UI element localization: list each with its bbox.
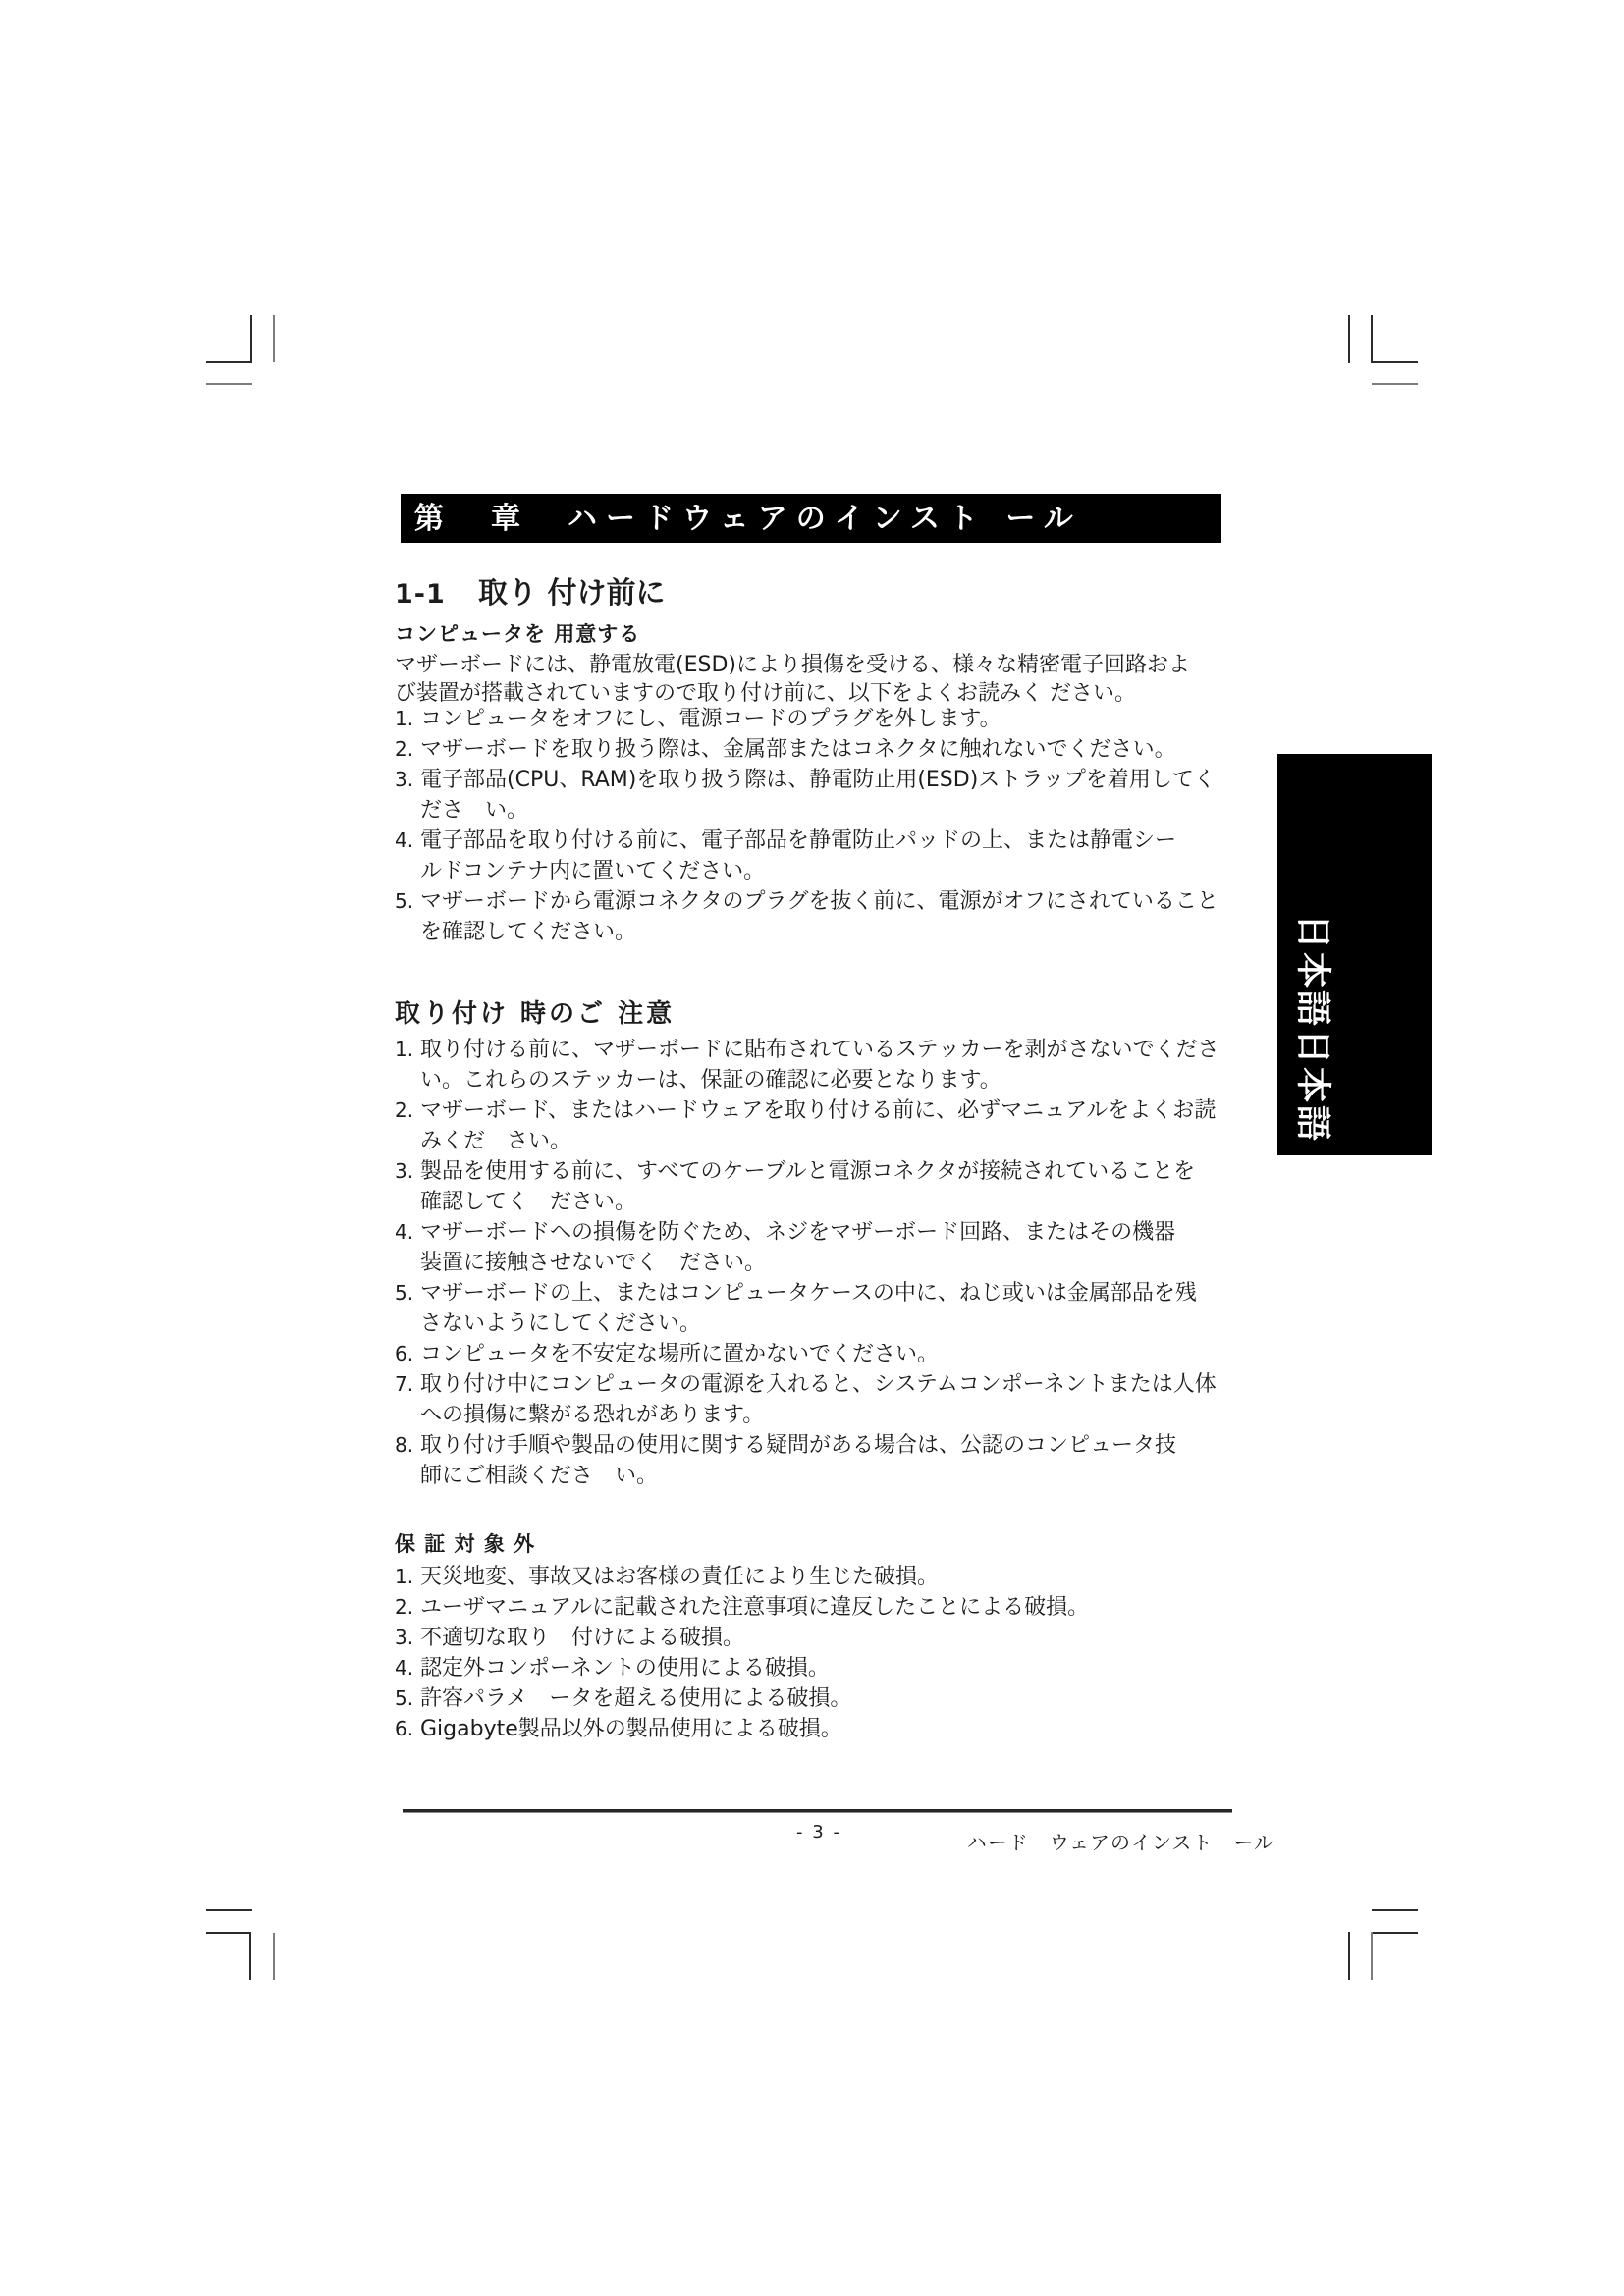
list-item-text: Gigabyte製品以外の製品使用による破損。 bbox=[420, 1714, 842, 1744]
crop-mark bbox=[1371, 1932, 1373, 1980]
list-item-text: 取り付ける前に、マザーボードに貼布されているステッカーを剥がさないでください。こ… bbox=[420, 1035, 1219, 1095]
list-item: 4. マザーボードへの損傷を防ぐため、ネジをマザーボード回路、またはその機器装置… bbox=[395, 1217, 1219, 1278]
page-number: - 3 - bbox=[770, 1822, 868, 1842]
list-item-text: マザーボードから電源コネクタのプラグを抜く前に、電源がオフにされていることを確認… bbox=[420, 886, 1218, 947]
list-item-text: マザーボードを取り扱う際は、金属部またはコネクタに触れないでください。 bbox=[420, 734, 1176, 765]
intro-paragraph: マザーボードには、静電放電(ESD)により損傷を受ける、様々な精密電子回路および… bbox=[395, 651, 1190, 708]
text-line: マザーボードの上、またはコンピュータケースの中に、ねじ或いは金属部品を残 bbox=[420, 1278, 1197, 1308]
list-item: 5. 許容パラメ ータを超える使用による破損。 bbox=[395, 1683, 1089, 1714]
caution-heading: 取り付け 時のご 注意 bbox=[395, 993, 675, 1030]
text-line: 製品を使用する前に、すべてのケーブルと電源コネクタが接続されていることを bbox=[420, 1156, 1195, 1187]
text-line: 取り付ける前に、マザーボードに貼布されているステッカーを剥がさないでくださ bbox=[420, 1035, 1219, 1065]
list-item-text: コンピュータを不安定な場所に置かないでください。 bbox=[420, 1339, 939, 1369]
list-item-text: 許容パラメ ータを超える使用による破損。 bbox=[420, 1683, 851, 1714]
crop-mark bbox=[206, 1932, 251, 1934]
text-line: マザーボードには、静電放電(ESD)により損傷を受ける、様々な精密電子回路およ bbox=[395, 651, 1190, 679]
crop-mark bbox=[1348, 1932, 1350, 1980]
section-number: 1-1 bbox=[395, 579, 478, 610]
list-item: 2. マザーボード、またはハードウェアを取り付ける前に、必ずマニュアルをよくお読… bbox=[395, 1095, 1219, 1156]
language-side-tab: 日本語日本語 bbox=[1277, 754, 1432, 1155]
list-item-number: 2. bbox=[395, 1095, 420, 1126]
text-line: ださ い。 bbox=[420, 795, 1216, 826]
text-line: 許容パラメ ータを超える使用による破損。 bbox=[420, 1683, 851, 1714]
section-title: 取り 付け前に bbox=[478, 576, 665, 611]
manual-page: 第 章 ハードウェアのインスト ール 1-1取り 付け前に コンピュータを 用意… bbox=[0, 0, 1624, 2296]
list-item-number: 8. bbox=[395, 1430, 420, 1461]
list-item-number: 6. bbox=[395, 1714, 420, 1744]
list-item-number: 3. bbox=[395, 1156, 420, 1187]
list-item-number: 1. bbox=[395, 1562, 420, 1592]
list-item: 4. 認定外コンポーネントの使用による破損。 bbox=[395, 1653, 1089, 1683]
text-line: 電子部品を取り付ける前に、電子部品を静電防止パッドの上、または静電シー bbox=[420, 826, 1176, 856]
list-item: 7. 取り付け中にコンピュータの電源を入れると、システムコンポーネントまたは人体… bbox=[395, 1369, 1219, 1430]
list-item-number: 6. bbox=[395, 1339, 420, 1369]
warranty-heading: 保 証 対 象 外 bbox=[395, 1528, 535, 1558]
footer-rule bbox=[403, 1809, 1232, 1813]
list-item: 3. 製品を使用する前に、すべてのケーブルと電源コネクタが接続されていることを確… bbox=[395, 1156, 1219, 1217]
chapter-title: 第 章 ハードウェアのインスト ール bbox=[414, 502, 1082, 536]
text-line: さないようにしてください。 bbox=[420, 1308, 1197, 1339]
list-item-number: 4. bbox=[395, 1217, 420, 1248]
text-line: 天災地変、事故又はお客様の責任により生じた破損。 bbox=[420, 1562, 939, 1592]
crop-mark bbox=[273, 315, 275, 362]
text-line: への損傷に繋がる恐れがあります。 bbox=[420, 1400, 1217, 1430]
text-line: 取り付け手順や製品の使用に関する疑問がある場合は、公認のコンピュータ技 bbox=[420, 1430, 1176, 1461]
list-item: 5. マザーボードの上、またはコンピュータケースの中に、ねじ或いは金属部品を残さ… bbox=[395, 1278, 1219, 1339]
list-item-number: 3. bbox=[395, 1623, 420, 1653]
crop-mark bbox=[250, 315, 252, 363]
warranty-list: 1. 天災地変、事故又はお客様の責任により生じた破損。 2. ユーザマニュアルに… bbox=[395, 1562, 1089, 1744]
list-item-text: 製品を使用する前に、すべてのケーブルと電源コネクタが接続されていることを確認して… bbox=[420, 1156, 1195, 1217]
text-line: Gigabyte製品以外の製品使用による破損。 bbox=[420, 1714, 842, 1744]
list-item: 6. Gigabyte製品以外の製品使用による破損。 bbox=[395, 1714, 1089, 1744]
text-line: マザーボードを取り扱う際は、金属部またはコネクタに触れないでください。 bbox=[420, 734, 1176, 765]
list-item: 5. マザーボードから電源コネクタのプラグを抜く前に、電源がオフにされていること… bbox=[395, 886, 1218, 947]
list-item-number: 1. bbox=[395, 1035, 420, 1065]
text-line: 装置に接触させないでく ださい。 bbox=[420, 1248, 1175, 1278]
list-item-text: 取り付け手順や製品の使用に関する疑問がある場合は、公認のコンピュータ技師にご相談… bbox=[420, 1430, 1176, 1491]
list-item-number: 5. bbox=[395, 1278, 420, 1308]
list-item-number: 7. bbox=[395, 1369, 420, 1400]
text-line: コンピュータをオフにし、電源コードのプラグを外します。 bbox=[420, 704, 1001, 734]
text-line: 不適切な取り 付けによる破損。 bbox=[420, 1623, 744, 1653]
list-item-number: 4. bbox=[395, 1653, 420, 1683]
text-line: を確認してください。 bbox=[420, 917, 1218, 947]
list-item-text: マザーボード、またはハードウェアを取り付ける前に、必ずマニュアルをよくお読みくだ… bbox=[420, 1095, 1216, 1156]
list-item-number: 1. bbox=[395, 704, 420, 734]
text-line: みくだ さい。 bbox=[420, 1126, 1216, 1156]
language-tab-text: 日本語日本語 bbox=[1291, 914, 1341, 1144]
list-item-text: 電子部品を取り付ける前に、電子部品を静電防止パッドの上、または静電シールドコンテ… bbox=[420, 826, 1176, 886]
list-item: 3. 不適切な取り 付けによる破損。 bbox=[395, 1623, 1089, 1653]
crop-mark bbox=[1371, 315, 1373, 363]
text-line: ルドコンテナ内に置いてください。 bbox=[420, 856, 1176, 886]
text-line: 認定外コンポーネントの使用による破損。 bbox=[420, 1653, 830, 1683]
text-line: 取り付け中にコンピュータの電源を入れると、システムコンポーネントまたは人体 bbox=[420, 1369, 1217, 1400]
list-item-number: 5. bbox=[395, 1683, 420, 1714]
list-item-number: 2. bbox=[395, 1592, 420, 1623]
crop-mark bbox=[206, 361, 252, 363]
crop-mark bbox=[1372, 383, 1418, 385]
text-line: 確認してく ださい。 bbox=[420, 1187, 1195, 1217]
list-item: 2. ユーザマニュアルに記載された注意事項に違反したことによる破損。 bbox=[395, 1592, 1089, 1623]
chapter-title-bar: 第 章 ハードウェアのインスト ール bbox=[401, 494, 1221, 543]
list-item-number: 4. bbox=[395, 826, 420, 856]
list-item-text: 天災地変、事故又はお客様の責任により生じた破損。 bbox=[420, 1562, 939, 1592]
text-line: マザーボード、またはハードウェアを取り付ける前に、必ずマニュアルをよくお読 bbox=[420, 1095, 1216, 1126]
list-item-text: 電子部品(CPU、RAM)を取り扱う際は、静電防止用(ESD)ストラップを着用し… bbox=[420, 765, 1216, 826]
list-item: 1. 取り付ける前に、マザーボードに貼布されているステッカーを剥がさないでくださ… bbox=[395, 1035, 1219, 1095]
list-item-text: マザーボードへの損傷を防ぐため、ネジをマザーボード回路、またはその機器装置に接触… bbox=[420, 1217, 1175, 1278]
crop-mark bbox=[1371, 1932, 1418, 1934]
crop-mark bbox=[1371, 361, 1418, 363]
crop-mark bbox=[1372, 1909, 1418, 1911]
text-line: い。これらのステッカーは、保証の確認に必要となります。 bbox=[420, 1065, 1219, 1095]
text-line: マザーボードから電源コネクタのプラグを抜く前に、電源がオフにされていること bbox=[420, 886, 1218, 917]
section-heading: 1-1取り 付け前に bbox=[395, 568, 665, 612]
list-item-number: 5. bbox=[395, 886, 420, 917]
list-item-number: 2. bbox=[395, 734, 420, 765]
list-item: 6. コンピュータを不安定な場所に置かないでください。 bbox=[395, 1339, 1219, 1369]
text-line: 電子部品(CPU、RAM)を取り扱う際は、静電防止用(ESD)ストラップを着用し… bbox=[420, 765, 1216, 795]
prepare-list: 1. コンピュータをオフにし、電源コードのプラグを外します。 2. マザーボード… bbox=[395, 704, 1218, 947]
list-item-text: コンピュータをオフにし、電源コードのプラグを外します。 bbox=[420, 704, 1001, 734]
list-item-text: 認定外コンポーネントの使用による破損。 bbox=[420, 1653, 830, 1683]
caution-list: 1. 取り付ける前に、マザーボードに貼布されているステッカーを剥がさないでくださ… bbox=[395, 1035, 1219, 1491]
crop-mark bbox=[206, 1909, 252, 1911]
text-line: コンピュータを不安定な場所に置かないでください。 bbox=[420, 1339, 939, 1369]
list-item: 4. 電子部品を取り付ける前に、電子部品を静電防止パッドの上、または静電シールド… bbox=[395, 826, 1218, 886]
text-line: 師にご相談くださ い。 bbox=[420, 1461, 1176, 1491]
footer-chapter-label: ハード ウェアのインスト ール bbox=[967, 1827, 1274, 1855]
list-item: 2. マザーボードを取り扱う際は、金属部またはコネクタに触れないでください。 bbox=[395, 734, 1218, 765]
list-item-number: 3. bbox=[395, 765, 420, 795]
list-item-text: マザーボードの上、またはコンピュータケースの中に、ねじ或いは金属部品を残さないよ… bbox=[420, 1278, 1197, 1339]
list-item: 1. コンピュータをオフにし、電源コードのプラグを外します。 bbox=[395, 704, 1218, 734]
list-item: 1. 天災地変、事故又はお客様の責任により生じた破損。 bbox=[395, 1562, 1089, 1592]
list-item-text: ユーザマニュアルに記載された注意事項に違反したことによる破損。 bbox=[420, 1592, 1089, 1623]
text-line: ユーザマニュアルに記載された注意事項に違反したことによる破損。 bbox=[420, 1592, 1089, 1623]
crop-mark bbox=[206, 383, 252, 385]
crop-mark bbox=[1348, 315, 1350, 363]
list-item-text: 不適切な取り 付けによる破損。 bbox=[420, 1623, 744, 1653]
text-line: マザーボードへの損傷を防ぐため、ネジをマザーボード回路、またはその機器 bbox=[420, 1217, 1175, 1248]
list-item: 8. 取り付け手順や製品の使用に関する疑問がある場合は、公認のコンピュータ技師に… bbox=[395, 1430, 1219, 1491]
crop-mark bbox=[273, 1933, 275, 1980]
list-item: 3. 電子部品(CPU、RAM)を取り扱う際は、静電防止用(ESD)ストラップを… bbox=[395, 765, 1218, 826]
prepare-heading: コンピュータを 用意する bbox=[395, 618, 640, 648]
list-item-text: 取り付け中にコンピュータの電源を入れると、システムコンポーネントまたは人体への損… bbox=[420, 1369, 1217, 1430]
crop-mark bbox=[249, 1932, 251, 1980]
